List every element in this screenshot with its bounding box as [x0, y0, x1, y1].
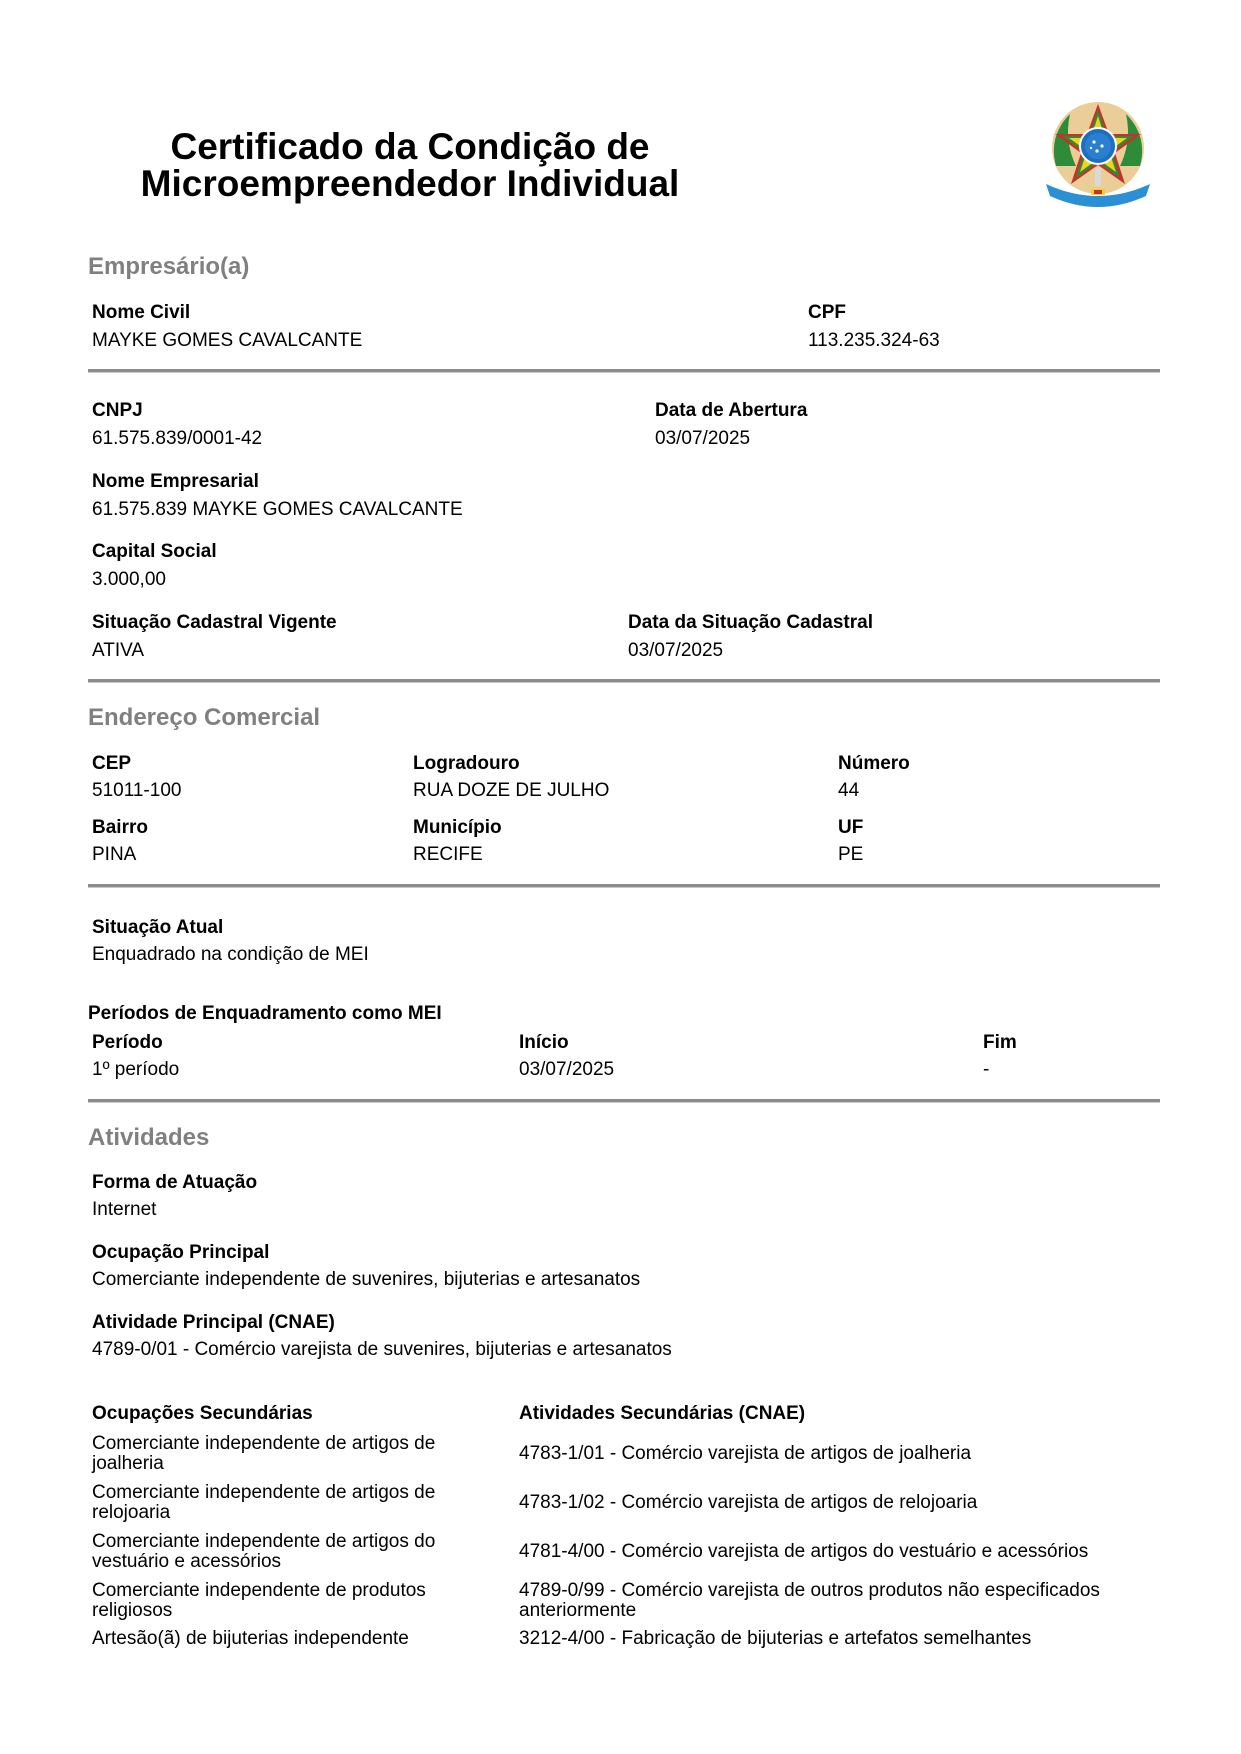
section-heading-atividades: Atividades [88, 1124, 209, 1152]
atividade-secundaria-cell: 4783-1/01 - Comércio varejista de artigo… [519, 1444, 1162, 1464]
table-row: Comerciante independente de artigos do v… [92, 1527, 1162, 1576]
municipio-label: Município [413, 817, 502, 839]
section-heading-empresario: Empresário(a) [88, 253, 249, 281]
secondary-activities-table: Ocupações Secundárias Atividades Secundá… [92, 1402, 1162, 1653]
ocupacao-secundaria-cell: Comerciante independente de artigos de j… [92, 1434, 519, 1474]
nome-empresarial-label: Nome Empresarial [92, 471, 259, 493]
ocupacao-principal-label: Ocupação Principal [92, 1242, 269, 1264]
atividade-secundaria-cell: 4781-4/00 - Comércio varejista de artigo… [519, 1542, 1162, 1562]
ocupacoes-secundarias-header: Ocupações Secundárias [92, 1404, 519, 1424]
cep-value: 51011-100 [92, 780, 181, 802]
ocupacao-principal-value: Comerciante independente de suvenires, b… [92, 1269, 640, 1291]
table-row: Comerciante independente de artigos de r… [92, 1478, 1162, 1527]
capital-social-label: Capital Social [92, 541, 217, 563]
periodos-heading: Períodos de Enquadramento como MEI [88, 1003, 442, 1025]
table-row: Comerciante independente de artigos de j… [92, 1429, 1162, 1478]
data-abertura-label: Data de Abertura [655, 400, 807, 422]
table-row: Artesão(ã) de bijuterias independente 32… [92, 1625, 1162, 1653]
section-heading-endereco: Endereço Comercial [88, 704, 320, 732]
fim-cell: - [983, 1059, 989, 1081]
municipio-value: RECIFE [413, 844, 483, 866]
ocupacao-secundaria-cell: Comerciante independente de artigos do v… [92, 1532, 519, 1572]
table-header-row: Ocupações Secundárias Atividades Secundá… [92, 1402, 1162, 1426]
divider [88, 1099, 1160, 1103]
data-situacao-value: 03/07/2025 [628, 640, 723, 662]
document-title-line-1: Certificado da Condição de [0, 128, 820, 166]
atividade-secundaria-cell: 4783-1/02 - Comércio varejista de artigo… [519, 1493, 1162, 1513]
periodo-column-header: Período [92, 1032, 163, 1054]
ocupacao-secundaria-cell: Comerciante independente de artigos de r… [92, 1483, 519, 1523]
cnpj-label: CNPJ [92, 400, 143, 422]
forma-atuacao-label: Forma de Atuação [92, 1172, 257, 1194]
cpf-value: 113.235.324-63 [808, 330, 940, 352]
situacao-cadastral-label: Situação Cadastral Vigente [92, 612, 337, 634]
brazil-coat-of-arms-icon [1036, 96, 1160, 218]
situacao-cadastral-value: ATIVA [92, 640, 144, 662]
uf-label: UF [838, 817, 863, 839]
forma-atuacao-value: Internet [92, 1199, 156, 1221]
nome-empresarial-value: 61.575.839 MAYKE GOMES CAVALCANTE [92, 499, 463, 521]
atividade-principal-value: 4789-0/01 - Comércio varejista de suveni… [92, 1339, 672, 1361]
table-row: Comerciante independente de produtos rel… [92, 1576, 1162, 1625]
nome-civil-value: MAYKE GOMES CAVALCANTE [92, 330, 362, 352]
atividade-secundaria-cell: 3212-4/00 - Fabricação de bijuterias e a… [519, 1629, 1162, 1649]
fim-column-header: Fim [983, 1032, 1017, 1054]
situacao-atual-value: Enquadrado na condição de MEI [92, 944, 369, 966]
cnpj-value: 61.575.839/0001-42 [92, 428, 262, 450]
logradouro-value: RUA DOZE DE JULHO [413, 780, 609, 802]
numero-value: 44 [838, 780, 859, 802]
atividades-secundarias-header: Atividades Secundárias (CNAE) [519, 1404, 1162, 1424]
divider [88, 369, 1160, 373]
atividade-secundaria-cell: 4789-0/99 - Comércio varejista de outros… [519, 1581, 1162, 1621]
bairro-value: PINA [92, 844, 136, 866]
inicio-cell: 03/07/2025 [519, 1059, 614, 1081]
divider [88, 884, 1160, 888]
numero-label: Número [838, 753, 910, 775]
ocupacao-secundaria-cell: Comerciante independente de produtos rel… [92, 1581, 519, 1621]
divider [88, 679, 1160, 683]
uf-value: PE [838, 844, 863, 866]
logradouro-label: Logradouro [413, 753, 520, 775]
data-situacao-label: Data da Situação Cadastral [628, 612, 873, 634]
capital-social-value: 3.000,00 [92, 569, 166, 591]
inicio-column-header: Início [519, 1032, 569, 1054]
nome-civil-label: Nome Civil [92, 302, 190, 324]
cep-label: CEP [92, 753, 131, 775]
data-abertura-value: 03/07/2025 [655, 428, 750, 450]
situacao-atual-label: Situação Atual [92, 917, 223, 939]
periodo-cell: 1º período [92, 1059, 179, 1081]
document-title-line-2: Microempreendedor Individual [0, 165, 820, 203]
cpf-label: CPF [808, 302, 846, 324]
ocupacao-secundaria-cell: Artesão(ã) de bijuterias independente [92, 1629, 519, 1649]
atividade-principal-label: Atividade Principal (CNAE) [92, 1312, 335, 1334]
bairro-label: Bairro [92, 817, 148, 839]
